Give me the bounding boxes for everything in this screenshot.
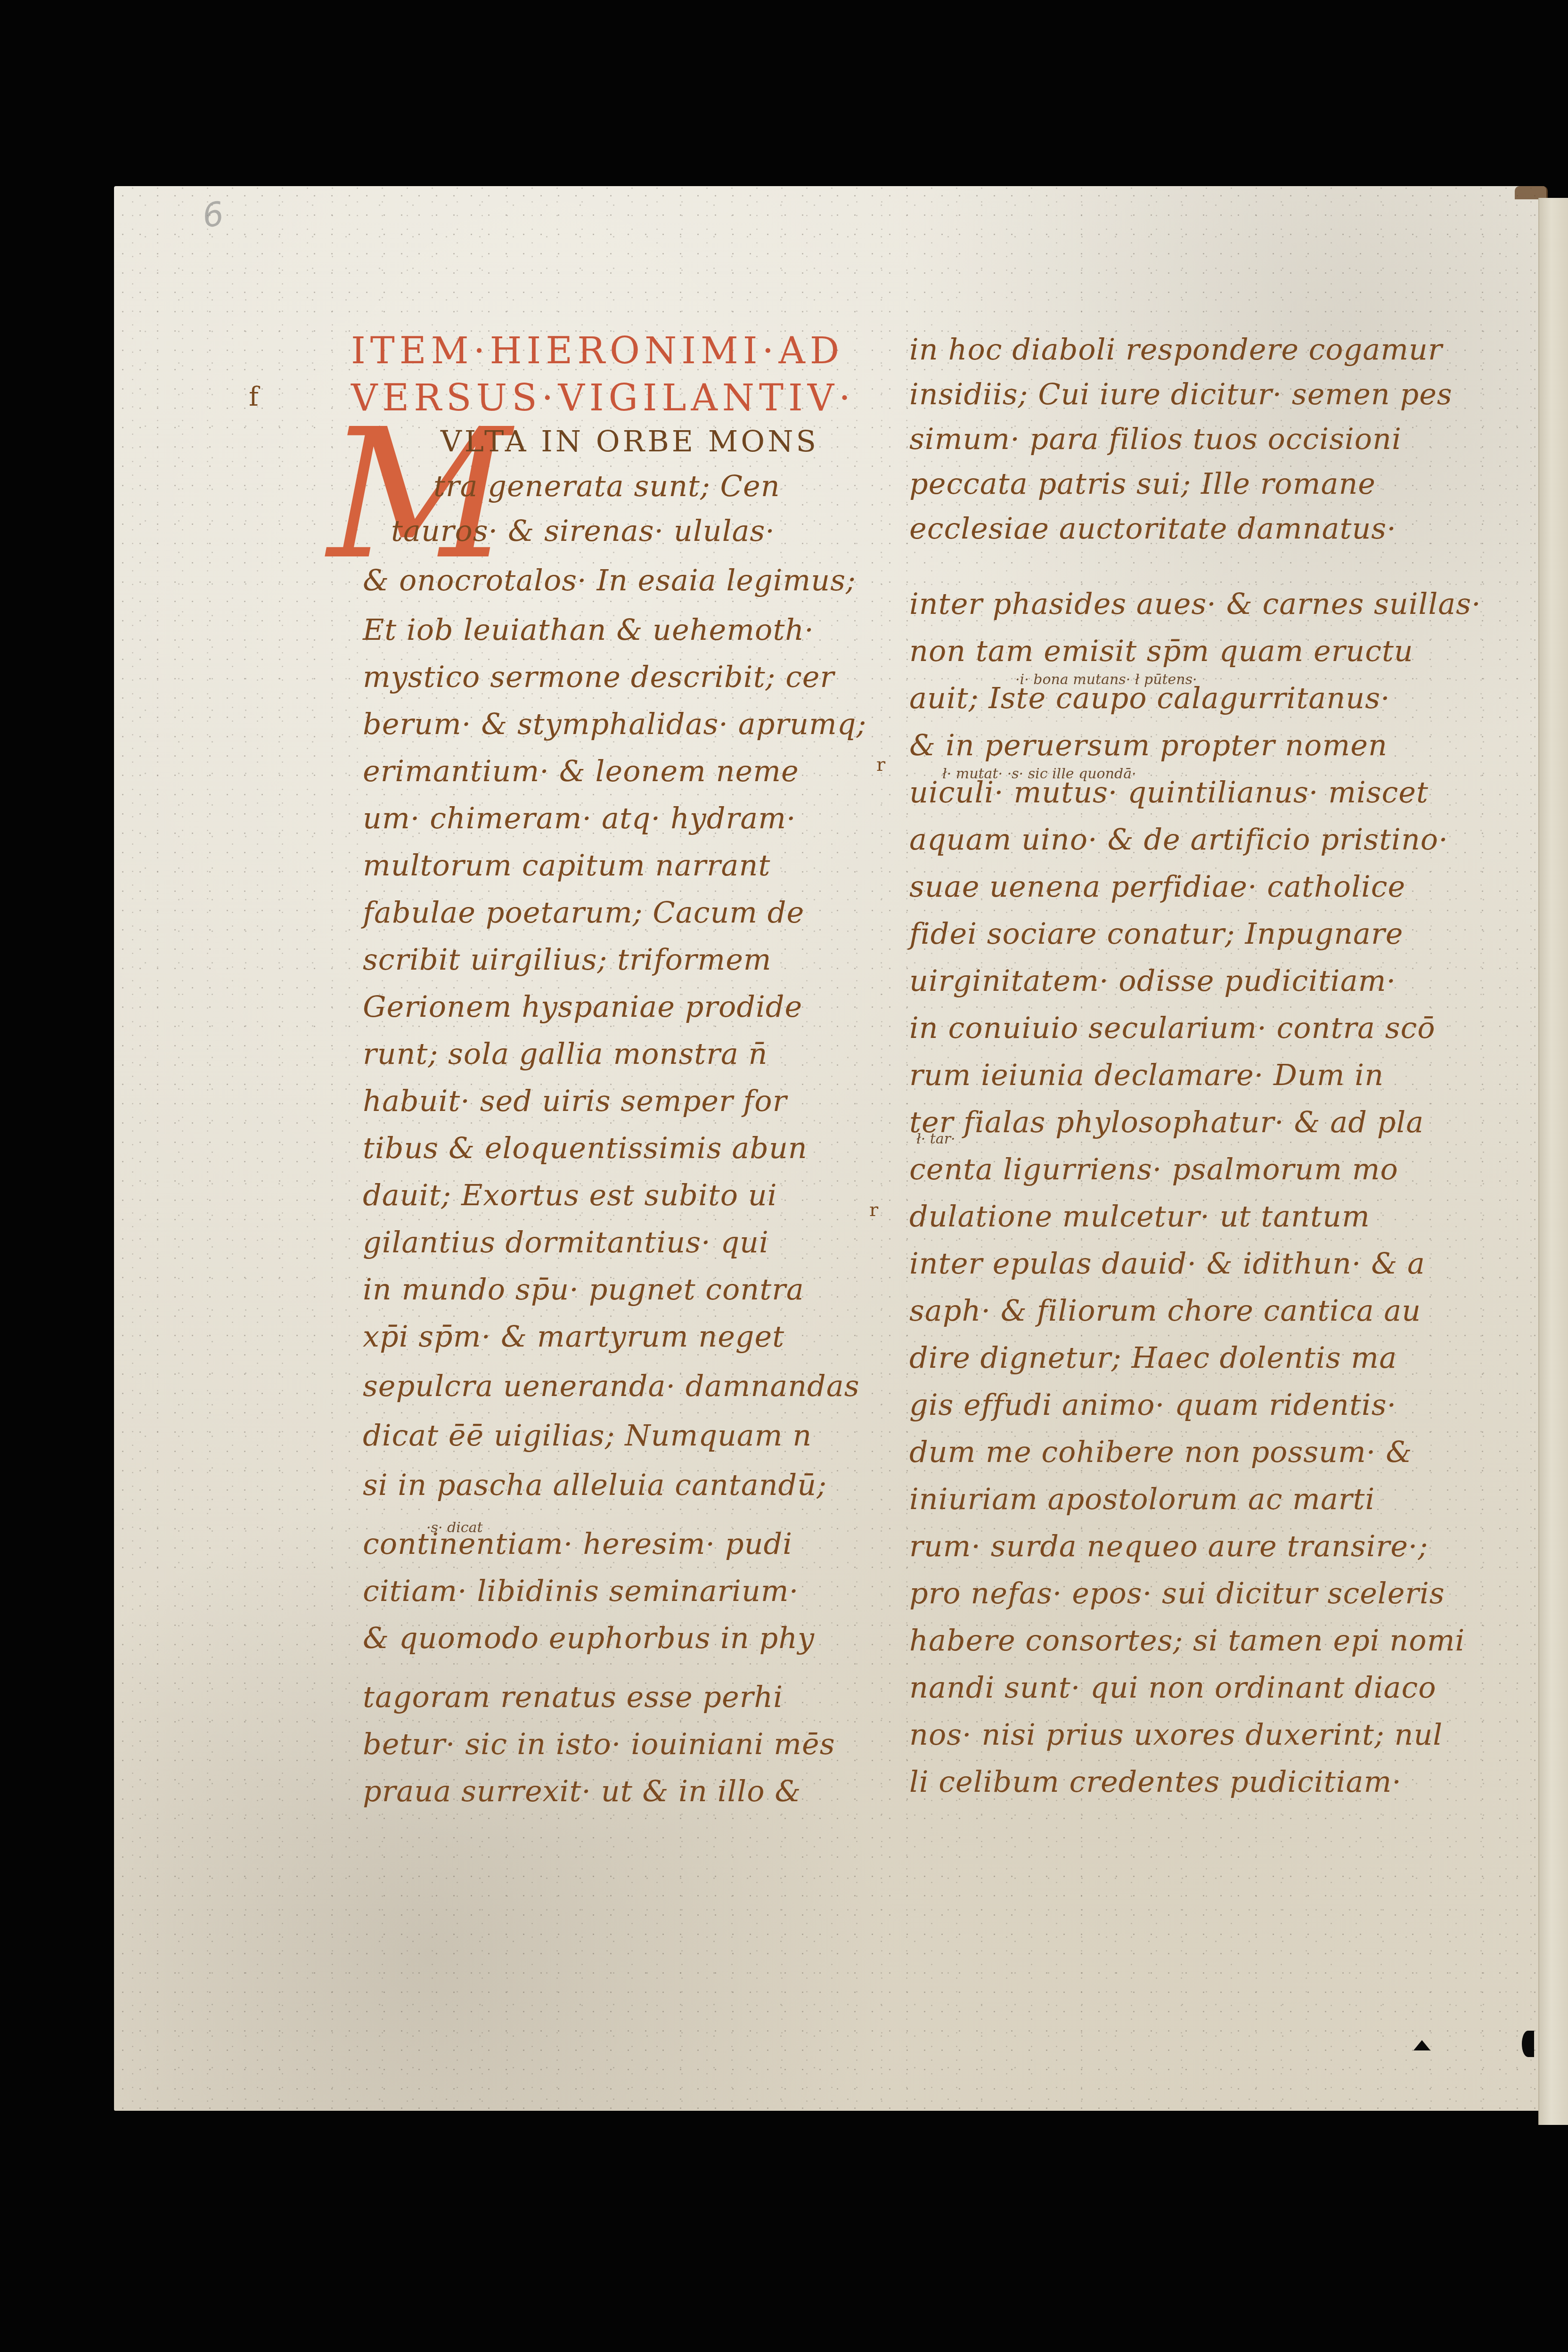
next-leaf-edge xyxy=(1538,198,1568,2125)
text-line: tra generata sunt; Cen xyxy=(433,469,780,503)
text-line: tauros· & sirenas· ululas· xyxy=(391,514,775,548)
text-line: suae uenena perfidiae· catholice xyxy=(909,869,1405,904)
text-line: pro nefas· epos· sui dicitur sceleris xyxy=(909,1576,1445,1610)
text-line: fabulae poetarum; Cacum de xyxy=(363,895,804,930)
text-line: tagoram renatus esse perhi xyxy=(363,1680,783,1714)
text-line: erimantium· & leonem neme xyxy=(363,754,799,788)
parchment-hole xyxy=(1522,2031,1534,2057)
text-line: inter epulas dauid· & idithun· & a xyxy=(909,1246,1425,1281)
text-line: Et iob leuiathan & uehemoth· xyxy=(363,612,814,647)
text-line: centa ligurriens· psalmorum mo xyxy=(909,1152,1398,1186)
text-line: dire dignetur; Haec dolentis ma xyxy=(909,1340,1397,1375)
text-line: citiam· libidinis seminarium· xyxy=(363,1574,799,1608)
text-line: mystico sermone describit; cer xyxy=(363,660,834,694)
text-line: VLTA IN ORBE MONS xyxy=(441,424,819,458)
text-line: non tam emisit sp̄m quam eructu xyxy=(909,634,1413,668)
text-line: betur· sic in isto· iouiniani mēs xyxy=(363,1727,835,1761)
text-line: praua surrexit· ut & in illo & xyxy=(363,1774,801,1808)
text-line: & quomodo euphorbus in phy xyxy=(363,1621,815,1655)
text-line: saph· & filiorum chore cantica au xyxy=(909,1293,1421,1328)
text-line: in conuiuio secularium· contra scō xyxy=(909,1011,1436,1045)
text-line: ecclesiae auctoritate damnatus· xyxy=(909,511,1396,546)
text-line: habere consortes; si tamen epi nomi xyxy=(909,1623,1465,1658)
text-line: insidiis; Cui iure dicitur· semen pes xyxy=(909,377,1453,411)
text-line: rum ieiunia declamare· Dum in xyxy=(909,1058,1384,1092)
text-line: inter phasides aues· & carnes suillas· xyxy=(909,587,1481,621)
text-line: li celibum credentes pudicitiam· xyxy=(909,1764,1402,1799)
text-line: tibus & eloquentissimis abun xyxy=(363,1131,808,1165)
text-line: continentiam· heresim· pudi xyxy=(363,1527,792,1561)
text-line: in mundo sp̄u· pugnet contra xyxy=(363,1272,804,1307)
image-viewer: 6 f r r ITEM·HIERONIMI·AD VERSUS·VIGILAN… xyxy=(0,0,1568,2352)
text-line: xp̄i sp̄m· & martyrum neget xyxy=(363,1319,784,1354)
text-line: dauit; Exortus est subito ui xyxy=(363,1178,777,1212)
text-line: ter fialas phylosophatur· & ad pla xyxy=(909,1105,1424,1139)
text-line: scribit uirgilius; triformem xyxy=(363,942,772,977)
text-line: multorum capitum narrant xyxy=(363,848,770,882)
text-line: uirginitatem· odisse pudicitiam· xyxy=(909,964,1396,998)
text-line: peccata patris sui; Ille romane xyxy=(909,466,1376,501)
text-line: gis effudi animo· quam ridentis· xyxy=(909,1388,1396,1422)
text-line: dum me cohibere non possum· & xyxy=(909,1435,1412,1469)
text-line: fidei sociare conatur; Inpugnare xyxy=(909,916,1403,951)
parchment-hole xyxy=(1413,2040,1430,2050)
margin-mark: r xyxy=(876,754,885,776)
text-line: uiculi· mutus· quintilianus· miscet xyxy=(909,775,1429,809)
text-line: si in pascha alleluia cantandū; xyxy=(363,1468,827,1502)
text-line: Gerionem hyspaniae prodide xyxy=(363,989,802,1024)
interlinear-gloss: ł· tar· xyxy=(916,1131,955,1147)
margin-mark: r xyxy=(869,1199,878,1221)
binding-edge xyxy=(1515,186,1548,199)
text-line: runt; sola gallia monstra n̄ xyxy=(363,1037,768,1071)
text-line: nandi sunt· qui non ordinant diaco xyxy=(909,1670,1437,1705)
text-line: berum· & stymphalidas· aprumq; xyxy=(363,707,866,741)
text-line: habuit· sed uiris semper for xyxy=(363,1084,787,1118)
text-line: dulatione mulcetur· ut tantum xyxy=(909,1199,1370,1233)
text-line: gilantius dormitantius· qui xyxy=(363,1225,769,1259)
margin-mark: f xyxy=(249,382,259,412)
text-line: aquam uino· & de artificio pristino· xyxy=(909,822,1448,857)
text-line: auit; Iste caupo calagurritanus· xyxy=(909,681,1390,715)
text-line: & onocrotalos· In esaia legimus; xyxy=(363,563,856,597)
text-line: iniuriam apostolorum ac marti xyxy=(909,1482,1375,1516)
text-line: um· chimeram· atq· hydram· xyxy=(363,801,796,835)
text-line: rum· surda nequeo aure transire·; xyxy=(909,1529,1428,1563)
rubric-title-line-1: ITEM·HIERONIMI·AD xyxy=(351,330,844,372)
text-line: nos· nisi prius uxores duxerint; nul xyxy=(909,1717,1443,1752)
text-line: & in peruersum propter nomen xyxy=(909,728,1388,762)
text-line: sepulcra ueneranda· damnandas xyxy=(363,1369,860,1403)
text-line: in hoc diaboli respondere cogamur xyxy=(909,332,1443,367)
text-line: simum· para filios tuos occisioni xyxy=(909,422,1402,456)
text-line: dicat ēē uigilias; Numquam n xyxy=(363,1418,812,1453)
